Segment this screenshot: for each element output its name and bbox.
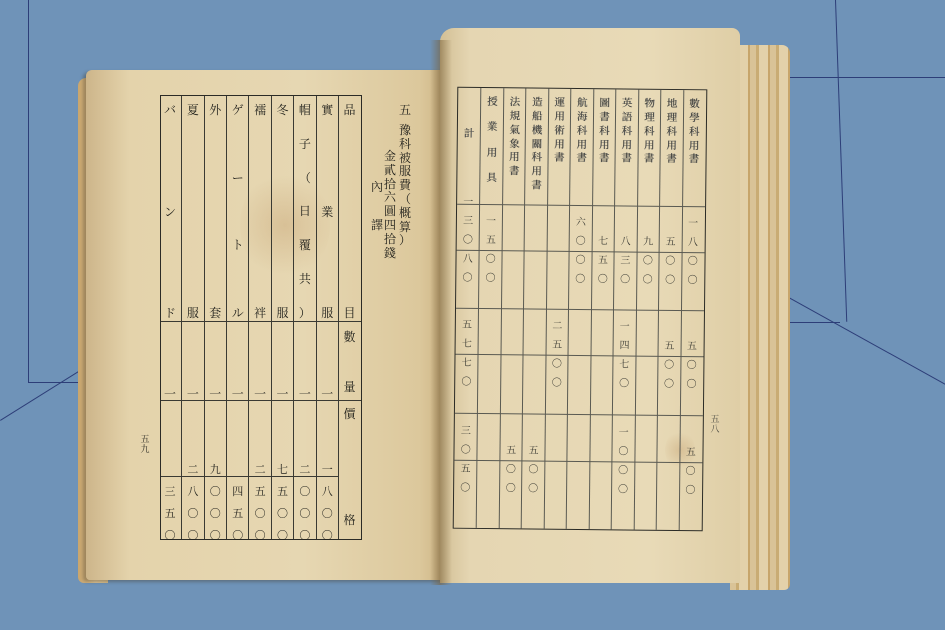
column-header: 航海科用書	[570, 97, 593, 205]
cell-value: 二五〇〇	[546, 322, 568, 398]
breakdown-label: 內譯	[370, 168, 384, 245]
background-line	[28, 0, 29, 382]
item-price: 四五〇	[227, 486, 248, 552]
column-header: 地理科用書	[660, 98, 683, 206]
textbook-cost-table: 數學科用書一八〇〇五〇〇五〇〇地理科用書五〇〇五〇〇物理科用書九〇〇英語科用書八…	[453, 87, 708, 532]
table-column: 航海科用書六〇〇〇	[566, 89, 593, 529]
item-price: 九〇〇〇	[205, 464, 226, 552]
item-name: 外套	[205, 104, 226, 319]
background-line	[835, 0, 847, 322]
cell-value: 五〇〇	[659, 238, 681, 295]
item-price: 二〇〇〇	[294, 464, 315, 552]
column-header: 英語科用書	[615, 97, 638, 205]
table-column: 地理科用書五〇〇五〇〇	[656, 90, 683, 530]
cell-value: 五〇〇	[500, 446, 522, 503]
header-column: 品目數量價格	[338, 96, 360, 539]
column-header: 授業用具	[481, 96, 503, 186]
background-line	[780, 77, 945, 78]
column-header: 物理科用書	[638, 98, 661, 206]
item-quantity: 一	[249, 388, 270, 400]
item-name: 夏服	[182, 104, 203, 319]
table-column: 圖書科用書七五〇	[588, 89, 615, 529]
book-gutter	[430, 40, 452, 585]
cell-value: 五〇〇	[522, 446, 544, 503]
item-name: 帽子（日覆共）	[294, 104, 315, 319]
item-name: 襦袢	[249, 104, 270, 319]
column-header: 造船機關科用書	[525, 96, 548, 204]
cell-value: 一五〇〇	[480, 217, 502, 293]
uniform-cost-table: 品目數量價格實業服一一八〇〇帽子（日覆共）一二〇〇〇冬服一七五〇〇襦袢一二五〇〇…	[160, 95, 362, 540]
table-column: 法規氣象用書五〇〇	[499, 88, 526, 528]
item-price: 一八〇〇	[317, 464, 338, 552]
cell-value: 五〇〇	[679, 448, 701, 505]
item-name: 冬服	[272, 104, 293, 319]
item-quantity: 一	[227, 388, 248, 400]
table-column: 授業用具一五〇〇	[476, 88, 503, 528]
section-amount: 金貳拾六圓四拾錢	[383, 150, 397, 260]
item-price: 二五〇〇	[249, 464, 270, 552]
section-number-text: 五	[398, 104, 412, 118]
cell-value: 五〇〇	[658, 342, 680, 399]
item-price: 三五〇	[159, 486, 181, 552]
cell-value: 九〇〇	[637, 238, 659, 295]
item-quantity: 一	[294, 388, 315, 400]
table-row: 外套一九〇〇〇	[204, 96, 226, 539]
cell-value: 五〇〇	[681, 342, 703, 399]
item-quantity: 一	[272, 388, 293, 400]
cell-value: 三〇五〇	[454, 427, 477, 503]
cell-value: 一〇〇〇	[612, 428, 634, 504]
table-row: 襦袢一二五〇〇	[248, 96, 270, 539]
table-row: バンド一三五〇	[159, 96, 181, 539]
item-name: バンド	[159, 104, 181, 319]
page-number-left: 五九	[140, 436, 150, 456]
table-row: ゲートル一四五〇	[226, 96, 248, 539]
column-header: 運用術用書	[548, 97, 571, 205]
table-column: 數學科用書一八〇〇五〇〇五〇〇	[678, 90, 705, 530]
cell-value: 一八〇〇	[682, 219, 704, 295]
cell-value: 六〇〇〇	[569, 218, 591, 294]
table-column: 運用術用書二五〇〇	[544, 89, 571, 529]
table-column: 物理科用書九〇〇	[633, 90, 660, 530]
header-price: 價格	[339, 408, 360, 526]
cell-value: 七五〇	[592, 237, 614, 294]
column-header: 圖書科用書	[593, 97, 616, 205]
background-line	[787, 296, 945, 387]
table-row: 夏服一二八〇〇	[181, 96, 203, 539]
section-title: 豫科被服費（概算）	[398, 124, 412, 248]
cell-value: 一四七〇	[613, 322, 635, 398]
table-row: 冬服一七五〇〇	[271, 96, 293, 539]
item-name: 實業服	[317, 104, 338, 319]
item-quantity: 一	[182, 388, 203, 400]
column-header: 法規氣象用書	[503, 96, 526, 204]
item-quantity: 一	[205, 388, 226, 400]
item-quantity: 一	[317, 388, 338, 400]
cell-value: 八三〇	[614, 237, 636, 294]
page-number-right: 五八	[710, 416, 720, 436]
table-row: 帽子（日覆共）一二〇〇〇	[293, 96, 315, 539]
cell-value: 五七七〇	[455, 321, 478, 397]
item-name: ゲートル	[227, 104, 248, 319]
header-item: 品目	[339, 104, 360, 319]
table-column: 造船機關科用書五〇〇	[521, 88, 548, 528]
table-row: 實業服一一八〇〇	[316, 96, 338, 539]
cell-value: 一三〇八〇	[456, 198, 479, 293]
header-quantity: 數量	[339, 331, 360, 393]
item-price: 七五〇〇	[272, 464, 293, 552]
table-column: 計一三〇八〇五七七〇三〇五〇	[454, 88, 481, 528]
section-number: 五	[398, 104, 412, 118]
item-price: 二八〇〇	[182, 464, 203, 552]
table-column: 英語科用書八三〇一四七〇一〇〇〇	[611, 89, 638, 529]
item-quantity: 一	[159, 388, 181, 400]
column-header: 數學科用書	[683, 98, 706, 206]
